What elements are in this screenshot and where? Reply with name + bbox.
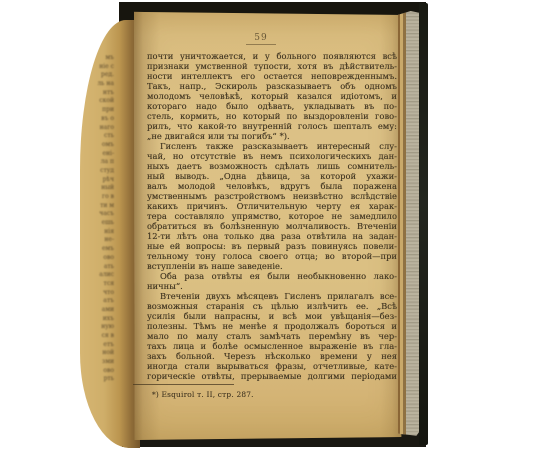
facing-page-fragment: етъ — [84, 341, 114, 350]
text-line: котораго надо было одѣвать, укладывать в… — [147, 101, 397, 111]
facing-page-fragment: ово — [84, 367, 114, 376]
book-cover-edge — [419, 3, 428, 445]
text-line: вступленіи въ наше заведеніе. — [147, 261, 397, 271]
text-line: чай, но отсутствіе въ немъ психологическ… — [147, 151, 397, 161]
text-line: возможныя старанія съ цѣлью излѣчить ее.… — [147, 301, 397, 311]
facing-page-fragment: алис — [84, 271, 114, 280]
text-line: тахъ лица и болѣе осмысленное выраженіе … — [147, 341, 397, 351]
facing-page-fragment: рѣч — [84, 176, 114, 185]
facing-page-fragment: не- — [84, 236, 114, 245]
facing-page-fragment: ной — [84, 349, 114, 358]
text-line: горическіе отвѣты, прерываемые долгими п… — [147, 371, 397, 381]
facing-page-fragment: тся — [84, 280, 114, 289]
book-photo: мъніе сред.ль нантъскойпривъ онагостьомъ… — [0, 0, 550, 450]
facing-page-text-fragments: мъніе сред.ль нантъскойпривъ онагостьомъ… — [84, 54, 114, 384]
facing-page-fragment: ль на — [84, 80, 114, 89]
facing-page-fragment: ихъ — [84, 315, 114, 324]
facing-page-fragment: при — [84, 106, 114, 115]
facing-page-fragment: атъ — [84, 297, 114, 306]
text-line: валъ молодой человѣкъ, вдругъ была пораж… — [147, 181, 397, 191]
text-line: усилія были напрасны, и всѣ мои увѣщанія… — [147, 311, 397, 321]
text-line: стель, кормить, но который по выздоровле… — [147, 111, 397, 121]
text-line: Втеченіи двухъ мѣсяцевъ Гисленъ прилагал… — [147, 291, 397, 301]
text-line: какихъ причинъ. Отличительную черту ея х… — [147, 201, 397, 211]
facing-page-fragment: студ — [84, 167, 114, 176]
facing-page-fragment: ла п — [84, 158, 114, 167]
text-line: иногда стали вырываться фразы, отчетливы… — [147, 361, 397, 371]
facing-page-fragment: мъ — [84, 54, 114, 63]
text-line: Оба раза отвѣты ея были необыкновенно ла… — [147, 271, 397, 281]
text-line: почти уничтожается, и у больного появляю… — [147, 51, 397, 61]
text-line: обратиться въ болѣзненную молчаливость. … — [147, 221, 397, 231]
text-line: признаки умственной тупости, хотя въ дѣй… — [147, 61, 397, 71]
facing-page-fragment: ти м — [84, 202, 114, 211]
footnote-separator — [133, 384, 234, 385]
text-line: умственнымъ разстройствомъ неизвѣстно вс… — [147, 191, 397, 201]
facing-page-fragment: ся в — [84, 332, 114, 341]
facing-page-fragment: ать — [84, 263, 114, 272]
facing-page-fragment: что — [84, 289, 114, 298]
facing-page-fragment: ами — [84, 306, 114, 315]
facing-page-fragment: ово — [84, 254, 114, 263]
facing-page-fragment: нтъ — [84, 89, 114, 98]
text-line: „не двигайся или ты погибъ“ *). — [147, 131, 397, 141]
text-line: мало по малу сталъ замѣчать перемѣну въ … — [147, 331, 397, 341]
facing-page-fragment: рть — [84, 375, 114, 384]
facing-page-fragment: зми — [84, 358, 114, 367]
facing-page-fragment: ную — [84, 323, 114, 332]
facing-page-fragment: ені- — [84, 150, 114, 159]
text-line: ности интеллектъ его остается неповрежде… — [147, 71, 397, 81]
text-line: ныхъ даетъ возможность сдѣлать лишь сомн… — [147, 161, 397, 171]
facing-page-fragment: го в — [84, 193, 114, 202]
text-line: ные ей вопросы: въ первый разъ повинуясь… — [147, 241, 397, 251]
facing-page-fragment: ешь — [84, 219, 114, 228]
text-line: молодомъ человѣкѣ, который казался идіот… — [147, 91, 397, 101]
facing-page-fragment: часъ — [84, 210, 114, 219]
facing-page-fragment: наго — [84, 124, 114, 133]
text-line: тельному тону голоса своего отца; во вто… — [147, 251, 397, 261]
facing-page-fragment: въ о — [84, 115, 114, 124]
footnote: *) Esquirol т. II, стр. 287. — [152, 390, 254, 399]
page-text: почти уничтожается, и у больного появляю… — [147, 51, 397, 381]
facing-page-fragment: емъ — [84, 245, 114, 254]
text-line: Такъ, напр., Эскироль разсказываетъ объ … — [147, 81, 397, 91]
facing-page-fragment: ред. — [84, 71, 114, 80]
facing-page-fragment: омъ — [84, 141, 114, 150]
facing-page-edge: мъніе сред.ль нантъскойпривъ онагостьомъ… — [80, 20, 140, 448]
facing-page-fragment: ніе с — [84, 63, 114, 72]
facing-page-fragment: сть — [84, 132, 114, 141]
text-line: ничны“. — [147, 281, 397, 291]
page-edges-stack — [398, 11, 421, 437]
facing-page-fragment: нія — [84, 228, 114, 237]
page-number: 59 — [246, 33, 276, 45]
text-line: ный выводъ. „Одна дѣвица, за которой уха… — [147, 171, 397, 181]
facing-page-fragment: ный — [84, 184, 114, 193]
facing-page-fragment: ской — [84, 97, 114, 106]
text-line: тера составляло упрямство, которое не за… — [147, 211, 397, 221]
text-line: 12-ти лѣтъ она только два раза отвѣтила … — [147, 231, 397, 241]
text-line: Гисленъ также разсказываетъ интересный с… — [147, 141, 397, 151]
text-line: полезны. Тѣмъ не менѣе я продолжалъ боро… — [147, 321, 397, 331]
text-line: рилъ, что какой-то внутренній голосъ шеп… — [147, 121, 397, 131]
text-line: захъ больной. Черезъ нѣсколько времени у… — [147, 351, 397, 361]
